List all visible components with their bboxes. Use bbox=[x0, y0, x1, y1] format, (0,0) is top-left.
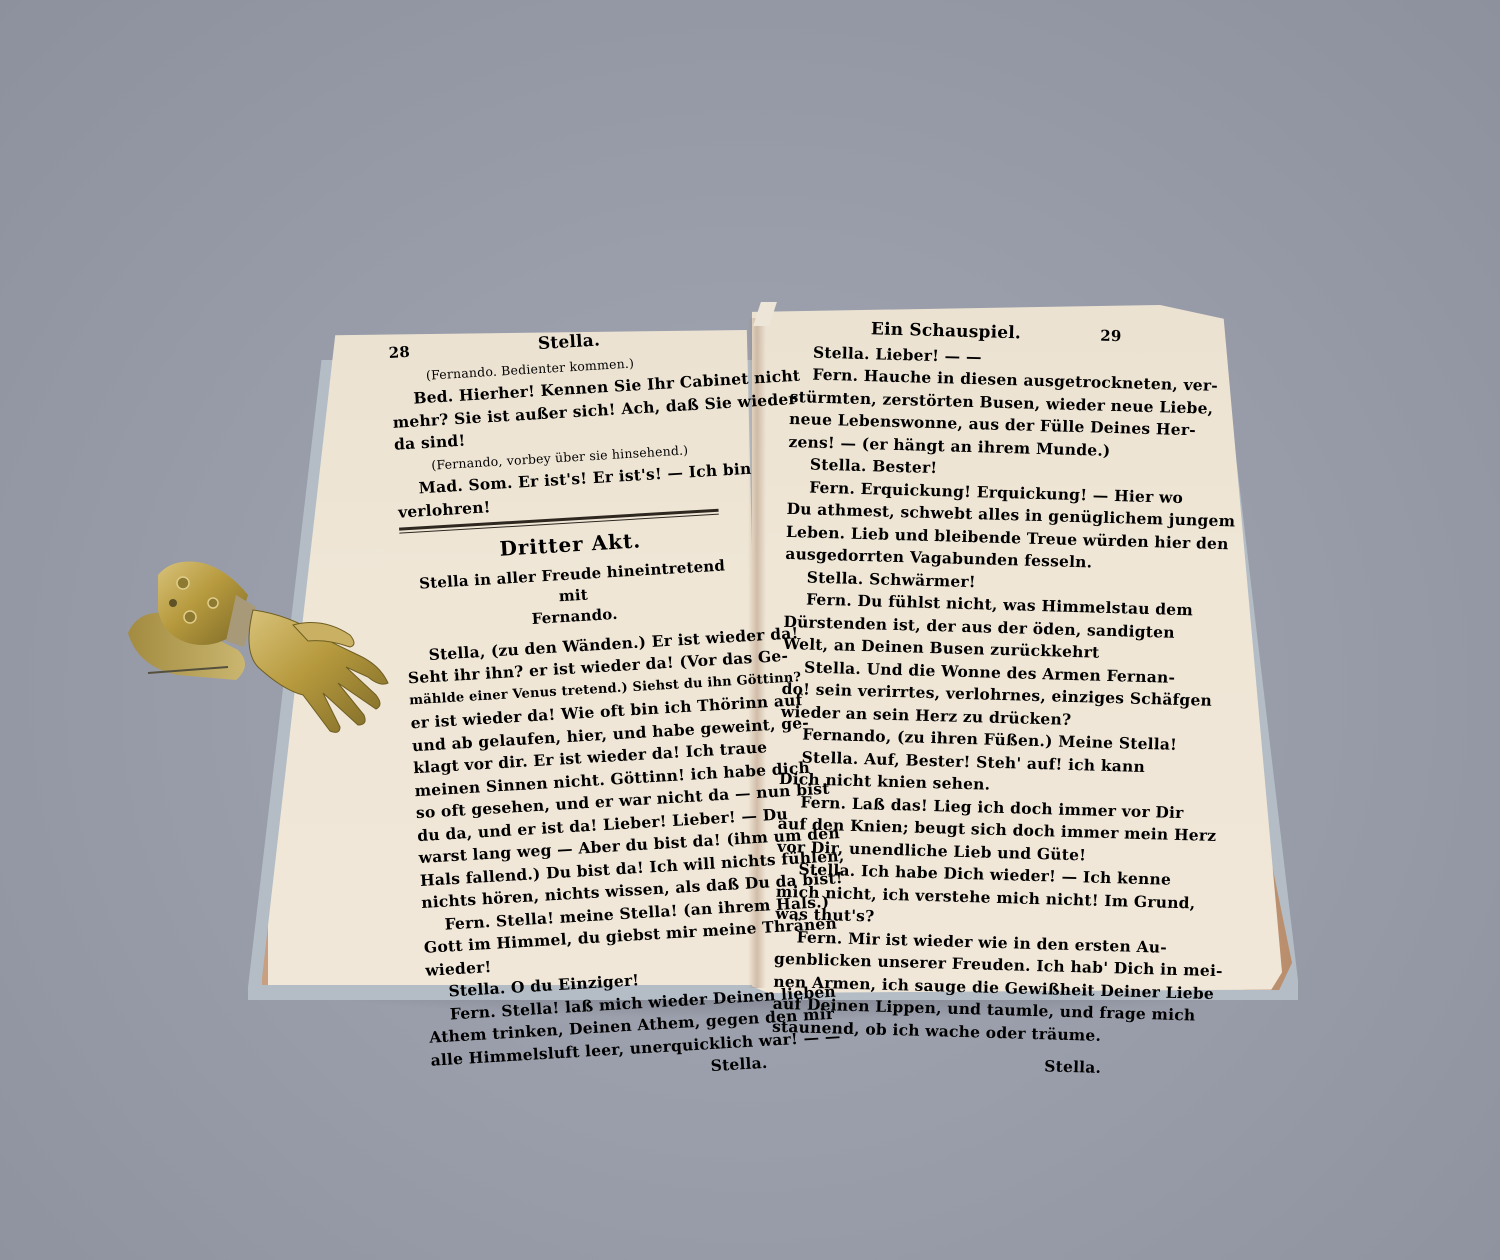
page-number: 29 bbox=[1100, 325, 1122, 348]
photo-scene: 28 Stella. (Fernando. Bedienter kommen.)… bbox=[0, 0, 1500, 1260]
left-page-text: 28 Stella. (Fernando. Bedienter kommen.)… bbox=[388, 322, 772, 1094]
act-subtitle: Stella in aller Freude hineintretend mit… bbox=[402, 554, 745, 637]
brass-hand-clip bbox=[118, 555, 398, 735]
running-head-title: Ein Schauspiel. bbox=[871, 318, 1022, 345]
page-number: 28 bbox=[388, 341, 411, 365]
right-page-text: Ein Schauspiel. 29 Stella. Lieber! — — F… bbox=[771, 316, 1122, 1079]
running-head-title: Stella. bbox=[537, 329, 600, 355]
catchword: Stella. bbox=[771, 1048, 1101, 1080]
hand-clip-icon bbox=[118, 555, 398, 735]
